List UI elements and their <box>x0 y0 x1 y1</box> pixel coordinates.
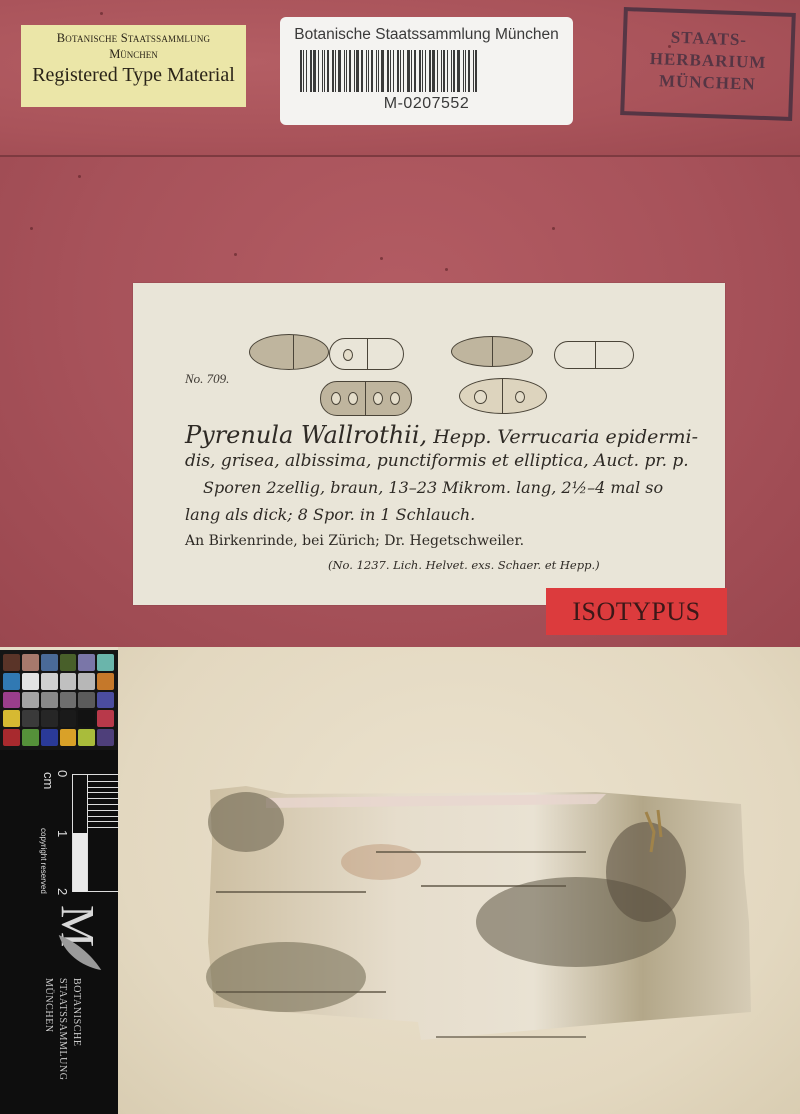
taxon-name: Pyrenula Wallrothii, <box>185 421 427 449</box>
color-swatch <box>3 710 20 727</box>
color-swatch <box>78 673 95 690</box>
logo-text-line: STAATSSAMMLUNG <box>57 978 68 1081</box>
spore-drawing-icon <box>451 336 533 367</box>
color-swatch <box>78 654 95 671</box>
color-swatch <box>60 673 77 690</box>
logo-text-line: BOTANISCHE <box>71 978 82 1047</box>
paper-speck <box>445 268 448 271</box>
color-swatch <box>22 692 39 709</box>
color-swatch <box>60 710 77 727</box>
birch-bark-specimen <box>206 782 751 1044</box>
paper-speck <box>78 175 81 178</box>
color-swatch <box>60 729 77 746</box>
color-swatch <box>41 729 58 746</box>
color-swatch <box>60 654 77 671</box>
paper-speck <box>30 227 33 230</box>
color-swatch <box>22 729 39 746</box>
color-swatch <box>97 673 114 690</box>
herbarium-label-card: No. 709. Pyrenula Wallrothii, Hepp. Verr… <box>133 283 725 605</box>
barcode-institution: Botanische Staatssammlung München <box>280 26 573 44</box>
spore-drawing-icon <box>459 378 547 414</box>
svg-text:M: M <box>50 905 102 947</box>
color-swatch <box>60 692 77 709</box>
color-calibration-chart <box>0 650 118 750</box>
spore-drawing-icon <box>329 338 404 370</box>
label-number: No. 709. <box>185 371 229 387</box>
color-swatch <box>3 729 20 746</box>
barcode-label: Botanische Staatssammlung München M-0207… <box>280 17 573 125</box>
barcode-icon <box>300 50 554 92</box>
herbarium-stamp: STAATS- HERBARIUM MÜNCHEN <box>620 7 796 121</box>
registered-type-label: Botanische Staatssammlung München Regist… <box>21 25 246 107</box>
color-swatch <box>22 673 39 690</box>
color-swatch <box>78 710 95 727</box>
color-swatch <box>97 692 114 709</box>
color-swatch <box>78 729 95 746</box>
color-swatch <box>97 654 114 671</box>
color-swatch <box>41 673 58 690</box>
label-line-asci: lang als dick; 8 Spor. in 1 Schlauch. <box>185 505 475 524</box>
label-line-spores: Sporen 2zellig, braun, 13–23 Mikrom. lan… <box>203 478 663 497</box>
spore-drawing-icon <box>249 334 329 370</box>
color-swatch <box>3 692 20 709</box>
scale-bar-strip: 0 cm 1 2 copyright reserved M BOTANISCHE… <box>0 750 118 1114</box>
scale-tick-2: 2 <box>55 888 70 895</box>
color-swatch <box>97 729 114 746</box>
paper-speck <box>234 253 237 256</box>
label-line-synonym: dis, grisea, albissima, punctiformis et … <box>185 451 689 471</box>
paper-speck <box>552 227 555 230</box>
ruler-icon <box>72 774 118 892</box>
color-swatch <box>41 692 58 709</box>
spore-drawing-icon <box>320 381 412 416</box>
leaf-monogram-logo-icon: M <box>40 900 115 970</box>
color-swatch <box>97 710 114 727</box>
spore-drawing-icon <box>554 341 634 369</box>
paper-speck <box>380 257 383 260</box>
color-swatch <box>41 710 58 727</box>
logo-text-line: MÜNCHEN <box>43 978 54 1033</box>
scale-tick-1: 1 <box>55 830 70 837</box>
type-label-institution: Botanische Staatssammlung <box>21 31 246 46</box>
label-line-taxon: Pyrenula Wallrothii, Hepp. Verrucaria ep… <box>185 421 698 449</box>
taxon-synonym: Hepp. Verrucaria epidermi- <box>427 426 698 448</box>
color-swatch <box>41 654 58 671</box>
label-line-locality: An Birkenrinde, bei Zürich; Dr. Hegetsch… <box>185 533 524 549</box>
color-swatch <box>3 654 20 671</box>
copyright-notice: copyright reserved <box>39 828 48 894</box>
isotype-label: ISOTYPUS <box>546 588 727 635</box>
color-swatch <box>3 673 20 690</box>
accession-number: M-0207552 <box>280 95 573 113</box>
label-line-exsiccata: (No. 1237. Lich. Helvet. exs. Schaer. et… <box>328 558 600 572</box>
color-swatch <box>22 654 39 671</box>
scale-unit: cm <box>41 772 56 789</box>
scale-tick-0: 0 <box>55 770 70 777</box>
paper-speck <box>100 12 103 15</box>
type-label-city: München <box>21 47 246 62</box>
type-label-title: Registered Type Material <box>21 64 246 87</box>
color-swatch <box>78 692 95 709</box>
color-swatch <box>22 710 39 727</box>
